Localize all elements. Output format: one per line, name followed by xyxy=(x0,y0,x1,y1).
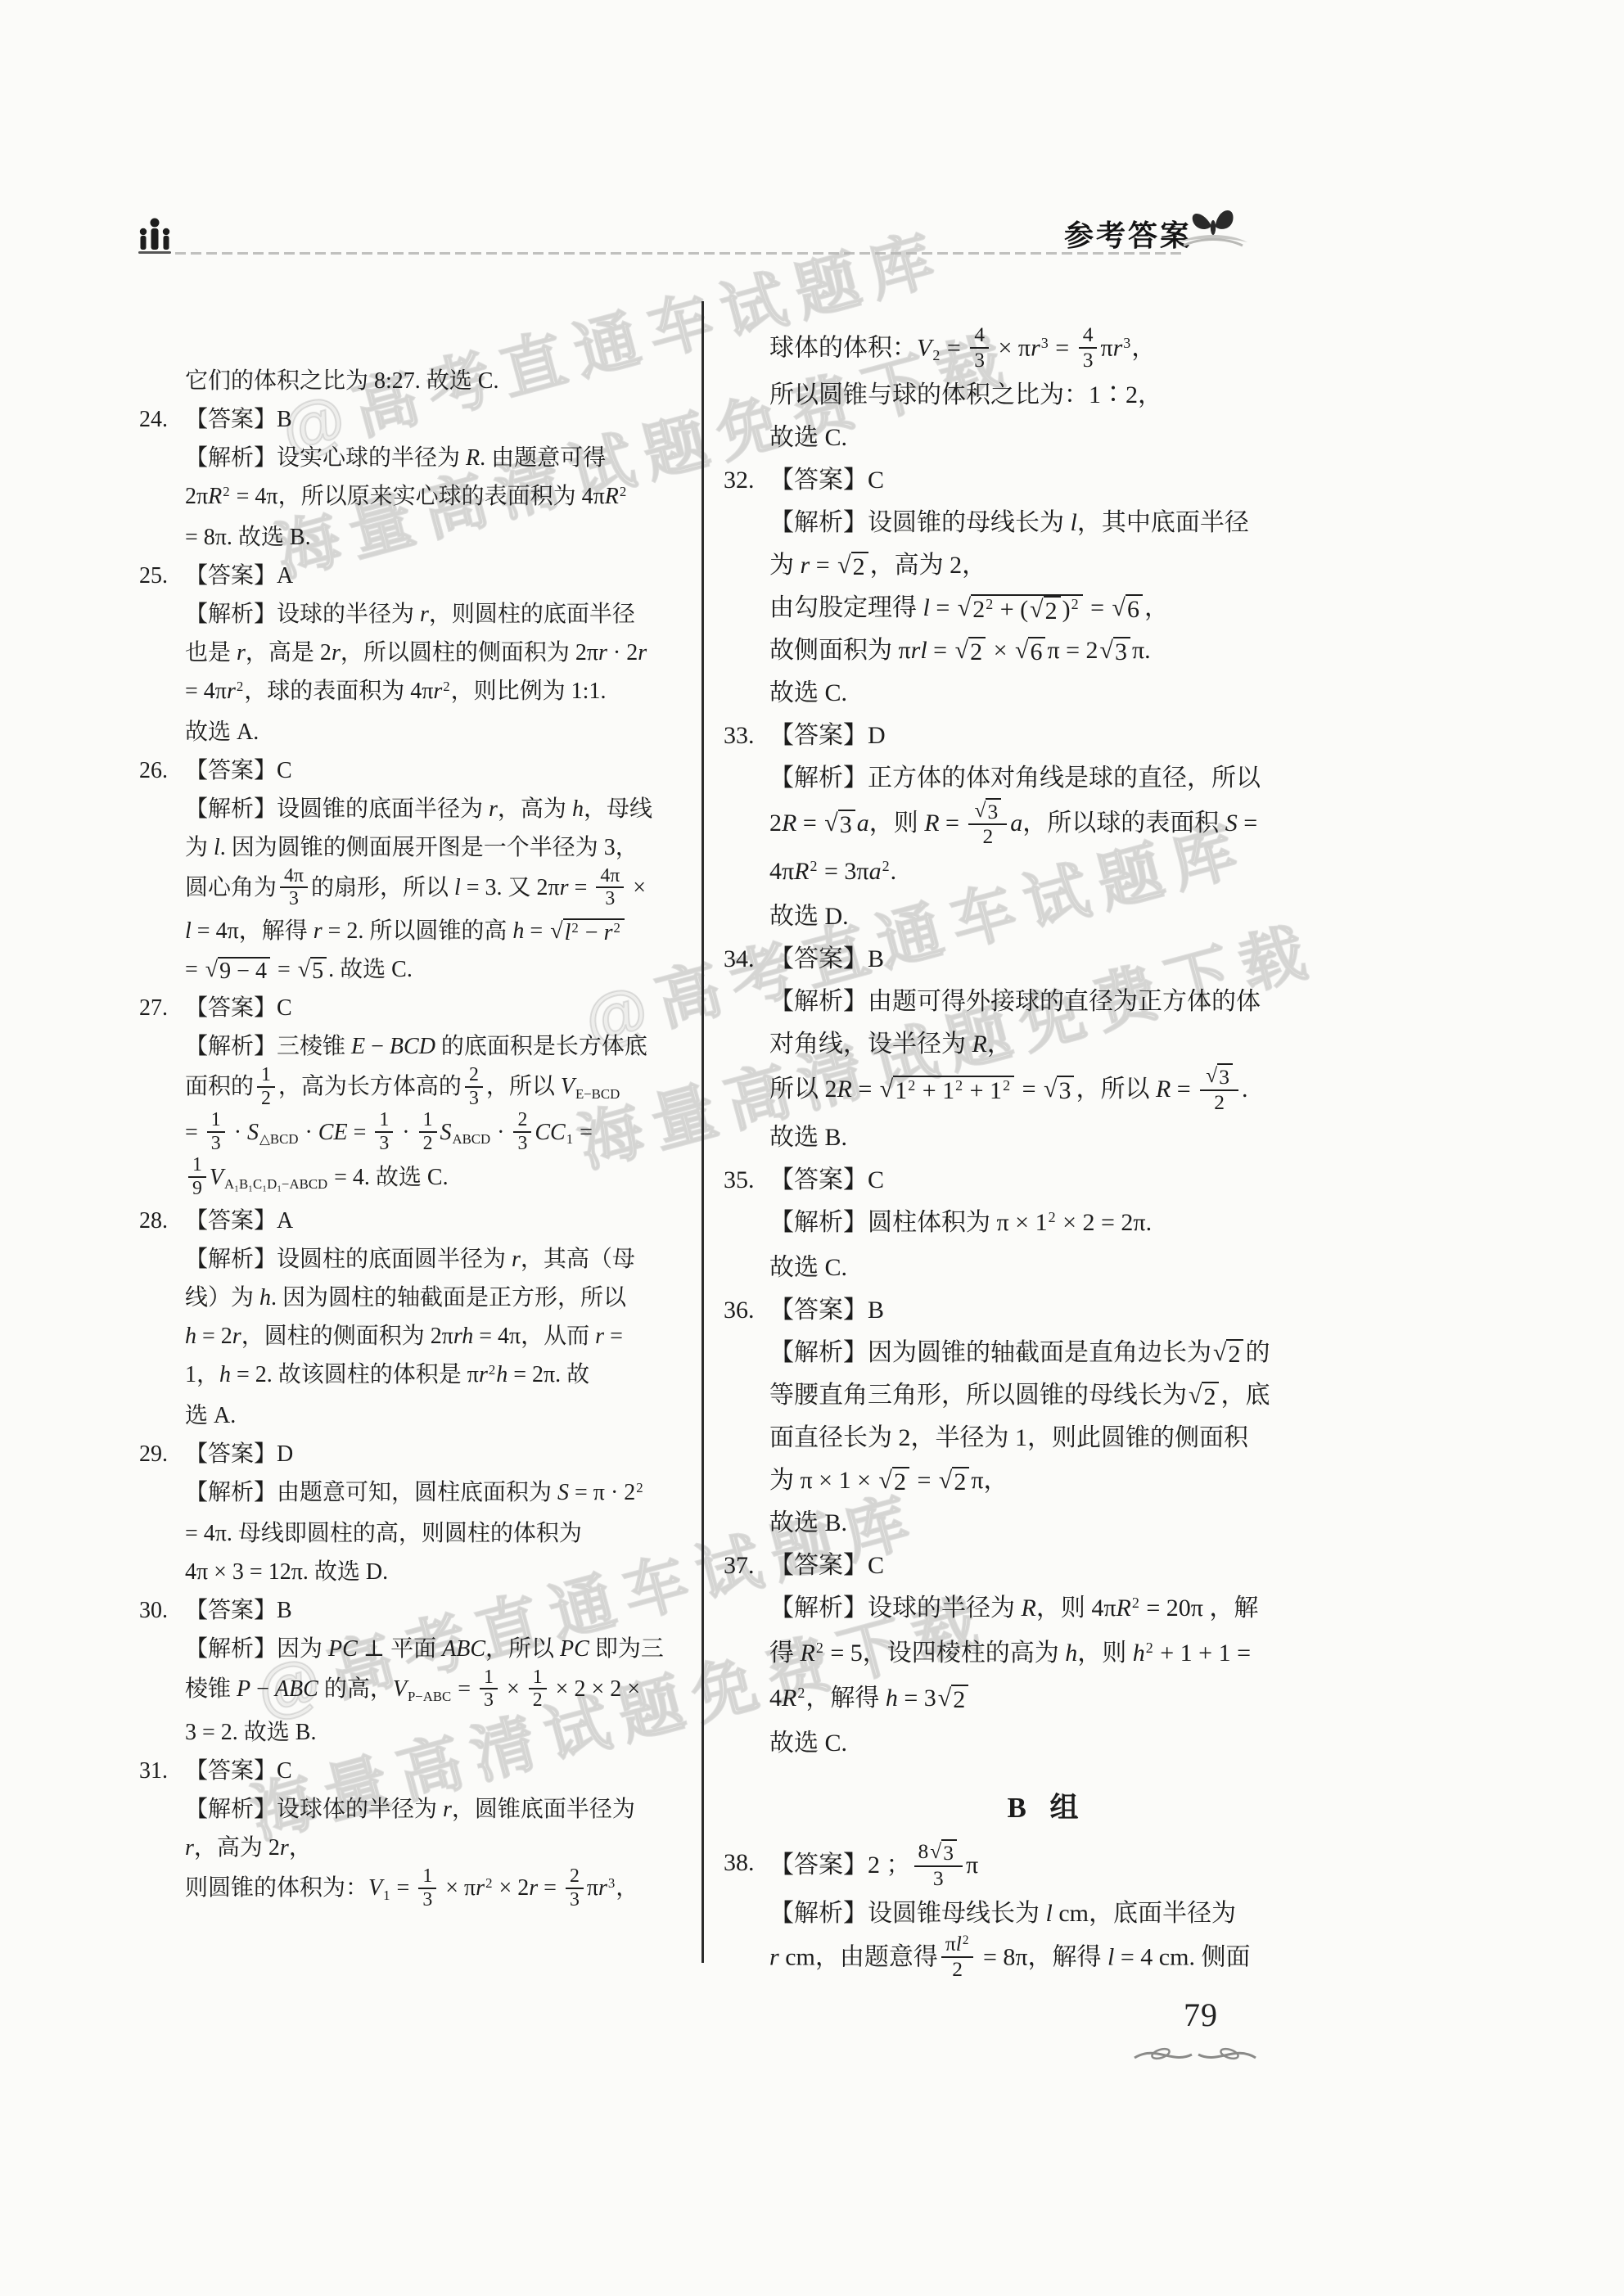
superscript: 2 xyxy=(613,920,620,936)
variable: r xyxy=(598,640,607,665)
radical: √3 xyxy=(1206,1063,1233,1089)
variable: l xyxy=(454,875,461,900)
variable: r xyxy=(232,1324,241,1349)
text-line: = 4π. 母线即圆柱的高，则圆柱的体积为 xyxy=(185,1514,712,1553)
superscript: 3 xyxy=(608,1875,615,1891)
text-line: 故选 B. xyxy=(769,1116,1468,1159)
radical: √9 − 4 xyxy=(205,957,270,985)
problem-number: 30. xyxy=(139,1591,185,1630)
text-line: 【解析】设球体的半径为 r，圆锥底面半径为 xyxy=(185,1790,712,1829)
fraction: 12 xyxy=(419,1109,437,1154)
text-line: 【解析】设圆柱的底面圆半径为 r，其高（母 xyxy=(185,1240,712,1279)
numerator: 2 xyxy=(465,1064,483,1086)
fraction: 43 xyxy=(970,323,989,372)
text-line: 2R = √3a，则 R = √32a，所以球的表面积 S = xyxy=(769,800,1468,850)
problem-number: 37. xyxy=(724,1545,769,1587)
radical-sign: √ xyxy=(930,1839,941,1863)
denominator: 2 xyxy=(1200,1089,1238,1115)
variable: S xyxy=(1225,810,1238,837)
answer-line: 【答案】C xyxy=(185,751,712,790)
variable: r xyxy=(560,875,569,900)
fraction: 13 xyxy=(375,1109,393,1154)
problem-body: 【答案】B【解析】由题可得外接球的直径为正方体的体对角线，设半径为 R，所以 2… xyxy=(769,938,1468,1159)
variable: V xyxy=(210,1165,223,1190)
radical: √2 xyxy=(1030,596,1060,626)
radical-sign: √ xyxy=(205,957,218,983)
variable: r xyxy=(433,679,442,704)
variable: h xyxy=(219,1362,231,1387)
text-line: 圆心角为4π3的扇形，所以 l = 3. 又 2πr = 4π3 × xyxy=(185,867,712,912)
variable: a xyxy=(857,810,869,837)
problem-number: 26. xyxy=(139,751,185,790)
radical-sign: √ xyxy=(878,1467,891,1495)
radicand: 22 + (√2)2 xyxy=(971,594,1082,626)
variable: r xyxy=(280,1835,289,1861)
radical-sign: √ xyxy=(958,594,971,623)
text-line: 【解析】设球的半径为 r，则圆柱的底面半径 xyxy=(185,595,712,634)
text-line: 得 R2 = 5，设四棱柱的高为 h，则 h2 + 1 + 1 = xyxy=(769,1632,1468,1677)
text-line: 所以 2R = √12 + 12 + 12 = √3，所以 R = √32. xyxy=(769,1066,1468,1116)
fraction: 4π3 xyxy=(280,865,308,910)
variable: r xyxy=(185,1835,194,1861)
text-line: l = 4π，解得 r = 2. 所以圆锥的高 h = √l2 − r2 xyxy=(185,912,712,950)
fraction: 23 xyxy=(513,1109,531,1154)
variable: r xyxy=(314,918,323,944)
denominator: 3 xyxy=(566,1888,584,1911)
variable: R xyxy=(1022,1595,1036,1622)
variable: S xyxy=(557,1480,569,1505)
carryover-block: 它们的体积之比为 8:27. 故选 C. xyxy=(139,362,712,400)
variable: R xyxy=(782,810,796,837)
radicand: l2 − r2 xyxy=(563,918,625,946)
text-line: 【解析】由题可得外接球的直径为正方体的体 xyxy=(769,981,1468,1023)
people-icon xyxy=(136,214,174,269)
text-line: 【解析】圆柱体积为 π × 12 × 2 = 2π. xyxy=(769,1202,1468,1247)
problem-item: 36.【答案】B【解析】因为圆锥的轴截面是直角边长为√2的等腰直角三角形，所以圆… xyxy=(724,1289,1468,1545)
numerator: √3 xyxy=(968,798,1007,823)
radicand: 2 xyxy=(968,637,986,667)
radicand: 2 xyxy=(951,1685,968,1715)
variable: h xyxy=(496,1362,508,1387)
radicand: 3 xyxy=(941,1839,957,1865)
text-line: 棱锥 P − ABC 的高，VP−ABC = 13 × 12 × 2 × 2 × xyxy=(185,1668,712,1713)
problem-number: 27. xyxy=(139,989,185,1027)
radical: √2 xyxy=(955,637,986,667)
fraction: 13 xyxy=(207,1109,225,1154)
radical: √6 xyxy=(1015,637,1045,667)
radical: √2 xyxy=(837,552,868,582)
numerator: 4π xyxy=(596,865,624,887)
variable: R xyxy=(466,445,480,471)
problem-body: 【答案】C【解析】设球的半径为 R，则 4πR2 = 20π ，解得 R2 = … xyxy=(769,1545,1468,1765)
variable: r xyxy=(604,920,613,945)
problem-body: 【答案】A【解析】设圆柱的底面圆半径为 r，其高（母线）为 h. 因为圆柱的轴截… xyxy=(185,1202,712,1435)
text-line: 故选 C. xyxy=(769,1722,1468,1765)
text-line: 故选 C. xyxy=(769,672,1468,715)
text-line: h = 2r，圆柱的侧面积为 2πrh = 4π，从而 r = xyxy=(185,1317,712,1355)
text-line: 也是 r，高是 2r，所以圆柱的侧面积为 2πr · 2r xyxy=(185,634,712,672)
problem-number: 35. xyxy=(724,1159,769,1202)
problem-number: 36. xyxy=(724,1289,769,1332)
text-line: 【解析】因为 PC ⊥ 平面 ABC，所以 PC 即为三 xyxy=(185,1630,712,1668)
answer-line: 【答案】B xyxy=(769,938,1468,981)
text-line: 故选 B. xyxy=(769,1502,1468,1545)
fraction: 23 xyxy=(465,1064,483,1109)
radical-sign: √ xyxy=(824,810,837,838)
variable: a xyxy=(869,858,882,885)
radical-sign: √ xyxy=(938,1685,951,1713)
text-line: 故选 D. xyxy=(769,895,1468,938)
radical-sign: √ xyxy=(298,957,310,983)
problem-item: 31.【答案】C【解析】设球体的半径为 r，圆锥底面半径为r，高为 2r，则圆锥… xyxy=(139,1752,712,1912)
superscript: 2 xyxy=(571,920,578,936)
variable: r xyxy=(638,640,647,665)
denominator: 3 xyxy=(513,1131,531,1155)
problem-item: 29.【答案】D【解析】由题意可知，圆柱底面积为 S = π · 22= 4π.… xyxy=(139,1435,712,1591)
radicand: 2 xyxy=(1226,1339,1243,1369)
problem-item: 33.【答案】D【解析】正方体的体对角线是球的直径，所以2R = √3a，则 R… xyxy=(724,715,1468,938)
variable: R xyxy=(1116,1595,1130,1622)
numerator: √3 xyxy=(1200,1063,1238,1089)
carryover-block: 球体的体积：V2 = 43 × πr3 = 43πr3，所以圆锥与球的体积之比为… xyxy=(724,326,1468,459)
answer-line: 【答案】C xyxy=(769,1545,1468,1587)
radical: √12 + 12 + 12 xyxy=(880,1076,1014,1106)
text-line: 则圆锥的体积为：V1 = 13 × πr2 × 2r = 23πr3， xyxy=(185,1867,712,1912)
numerator: 2 xyxy=(513,1109,531,1131)
numerator: 4 xyxy=(1079,323,1098,347)
variable: V xyxy=(561,1074,575,1099)
variable: E xyxy=(351,1034,365,1059)
problem-list-left: 24.【答案】B【解析】设实心球的半径为 R. 由题意可得2πR2 = 4π，所… xyxy=(139,400,712,1913)
superscript: 2 xyxy=(1146,1640,1153,1656)
denominator: 3 xyxy=(1079,347,1098,372)
superscript: 2 xyxy=(223,484,229,499)
carryover-text: 它们的体积之比为 8:27. 故选 C. xyxy=(139,362,712,400)
problem-body: 【答案】C【解析】设圆锥的母线长为 l，其中底面半径为 r = √2，高为 2，… xyxy=(769,459,1468,715)
variable: h xyxy=(1133,1640,1145,1667)
radical: √3 xyxy=(930,1839,957,1865)
text-line: 【解析】设实心球的半径为 R. 由题意可得 xyxy=(185,439,712,477)
text-line: = 8π. 故选 B. xyxy=(185,518,712,557)
problem-number: 32. xyxy=(724,459,769,502)
text-line: 线）为 h. 因为圆柱的轴截面是正方形，所以 xyxy=(185,1279,712,1317)
text-line: 2πR2 = 4π，所以原来实心球的表面积为 4πR2 xyxy=(185,477,712,518)
variable: R xyxy=(1156,1076,1171,1103)
radical-sign: √ xyxy=(939,1467,952,1495)
denominator: 3 xyxy=(480,1688,498,1712)
text-line: 1，h = 2. 故该圆柱的体积是 πr2h = 2π. 故 xyxy=(185,1355,712,1396)
radical: √2 xyxy=(1189,1382,1219,1412)
header-rule xyxy=(175,252,1184,255)
text-line: 选 A. xyxy=(185,1396,712,1435)
superscript: 2 xyxy=(986,596,993,612)
fraction: 13 xyxy=(480,1667,498,1712)
text-line: 等腰直角三角形，所以圆锥的母线长为√2，底 xyxy=(769,1374,1468,1417)
variable: r xyxy=(1031,334,1040,361)
superscript: 3 xyxy=(1041,335,1049,351)
subscript: 2 xyxy=(932,347,940,363)
problem-number: 25. xyxy=(139,557,185,595)
subscript: △BCD xyxy=(259,1131,298,1147)
text-line: 【解析】设圆锥的底面半径为 r，高为 h，母线 xyxy=(185,790,712,828)
variable: r xyxy=(476,1875,485,1901)
problem-item: 34.【答案】B【解析】由题可得外接球的直径为正方体的体对角线，设半径为 R，所… xyxy=(724,938,1468,1159)
superscript: 2 xyxy=(908,1077,915,1094)
answer-line: 【答案】A xyxy=(185,1202,712,1240)
radical-sign: √ xyxy=(1189,1382,1202,1410)
variable: R xyxy=(801,1640,815,1667)
variable: R xyxy=(208,484,222,509)
radicand: 3 xyxy=(838,810,855,840)
problem-number: 34. xyxy=(724,938,769,981)
radical-sign: √ xyxy=(955,637,968,665)
problem-item: 25.【答案】A【解析】设球的半径为 r，则圆柱的底面半径也是 r，高是 2r，… xyxy=(139,557,712,751)
carryover-body: 球体的体积：V2 = 43 × πr3 = 43πr3，所以圆锥与球的体积之比为… xyxy=(769,326,1468,459)
radicand: 3 xyxy=(986,798,1001,823)
text-line: 对角线，设半径为 R， xyxy=(769,1023,1468,1066)
superscript: 2 xyxy=(1132,1595,1139,1611)
superscript: 2 xyxy=(237,679,243,694)
variable: R xyxy=(794,858,809,885)
text-line: 为 π × 1 × √2 = √2π， xyxy=(769,1459,1468,1502)
radical-sign: √ xyxy=(1100,637,1113,665)
numerator: πl2 xyxy=(941,1933,974,1956)
radicand: 3 xyxy=(1057,1076,1074,1106)
denominator: 3 xyxy=(970,347,989,372)
numerator: 4 xyxy=(970,323,989,347)
radical: √5 xyxy=(298,957,327,985)
variable: R xyxy=(837,1076,852,1103)
fraction: 8√33 xyxy=(914,1839,963,1890)
denominator: 2 xyxy=(419,1131,437,1155)
numerator: 2 xyxy=(566,1865,584,1888)
problem-number: 38. xyxy=(724,1842,769,1884)
subscript: P−ABC xyxy=(408,1689,451,1704)
subscript: E−BCD xyxy=(575,1086,620,1102)
problem-item: 38.【答案】2 ；8√33π【解析】设圆锥母线长为 l cm，底面半径为r c… xyxy=(724,1842,1468,1983)
superscript: 2 xyxy=(1049,1209,1056,1225)
radicand: 2 xyxy=(1044,596,1061,626)
variable: l xyxy=(214,835,220,860)
denominator: 2 xyxy=(941,1956,974,1982)
denominator: 2 xyxy=(529,1688,547,1712)
superscript: 2 xyxy=(797,1685,805,1701)
problem-item: 30.【答案】B【解析】因为 PC ⊥ 平面 ABC，所以 PC 即为三棱锥 P… xyxy=(139,1591,712,1752)
superscript: 2 xyxy=(882,858,890,874)
variable: r xyxy=(443,1797,452,1822)
problem-item: 28.【答案】A【解析】设圆柱的底面圆半径为 r，其高（母线）为 h. 因为圆柱… xyxy=(139,1202,712,1435)
text-line: r，高为 2r， xyxy=(185,1829,712,1867)
text-line: 面直径长为 2，半径为 1，则此圆锥的侧面积 xyxy=(769,1417,1468,1459)
text-line: = 13 · S△BCD · CE = 13 · 12SABCD · 23CC1… xyxy=(185,1112,712,1157)
radicand: 3 xyxy=(1113,637,1130,667)
radical: √3 xyxy=(1100,637,1130,667)
problem-body: 【答案】B【解析】设实心球的半径为 R. 由题意可得2πR2 = 4π，所以原来… xyxy=(185,400,712,557)
variable: V xyxy=(917,334,932,361)
numerator: 4π xyxy=(280,865,308,887)
text-line: 为 r = √2，高为 2， xyxy=(769,544,1468,587)
variable: PC xyxy=(560,1636,589,1662)
variable: R xyxy=(782,1685,796,1712)
variable: S xyxy=(440,1120,452,1145)
text-line: 所以圆锥与球的体积之比为：1∶2， xyxy=(769,374,1468,417)
variable: r xyxy=(227,679,236,704)
superscript: 2 xyxy=(816,1640,823,1656)
radical: √3 xyxy=(824,810,855,840)
radicand: 9 − 4 xyxy=(218,957,270,985)
superscript: 2 xyxy=(636,1480,643,1495)
left-column: 它们的体积之比为 8:27. 故选 C. 24.【答案】B【解析】设实心球的半径… xyxy=(139,362,712,1913)
radical-sign: √ xyxy=(1015,637,1028,665)
fraction: √32 xyxy=(968,798,1007,849)
superscript: 3 xyxy=(1123,335,1130,351)
denominator: 2 xyxy=(968,823,1007,849)
denominator: 3 xyxy=(914,1865,963,1891)
open-book-butterfly-icon xyxy=(1172,195,1254,263)
variable: CC xyxy=(535,1120,565,1145)
fraction: 23 xyxy=(566,1865,584,1910)
variable: l xyxy=(1107,1943,1114,1970)
problem-number: 31. xyxy=(139,1752,185,1790)
text-line: 由勾股定理得 l = √22 + (√2)2 = √6， xyxy=(769,587,1468,629)
superscript: 2 xyxy=(1003,1077,1010,1094)
fraction: 13 xyxy=(418,1865,436,1910)
radical-sign: √ xyxy=(1030,596,1043,625)
radicand: 2 xyxy=(851,552,868,582)
radical: √2 xyxy=(938,1685,968,1715)
variable: CE xyxy=(318,1120,348,1145)
problem-number: 24. xyxy=(139,400,185,439)
text-line: 【解析】因为圆锥的轴截面是直角边长为√2的 xyxy=(769,1332,1468,1374)
variable: l xyxy=(565,920,571,945)
variable: r xyxy=(489,796,498,822)
numerator: 1 xyxy=(529,1667,547,1689)
variable: P xyxy=(237,1676,250,1702)
text-line: 3 = 2. 故选 B. xyxy=(185,1713,712,1752)
variable: r xyxy=(598,1875,607,1901)
radical-sign: √ xyxy=(550,918,562,945)
fraction: πl22 xyxy=(941,1933,974,1981)
variable: S xyxy=(247,1120,259,1145)
text-line: 故侧面积为 πrl = √2 × √6π = 2√3π. xyxy=(769,629,1468,672)
radicand: 2 xyxy=(1202,1382,1219,1412)
variable: V xyxy=(393,1676,407,1702)
radical: √22 + (√2)2 xyxy=(958,594,1083,626)
answer-line: 【答案】B xyxy=(185,400,712,439)
problem-body: 【答案】2 ；8√33π【解析】设圆锥母线长为 l cm，底面半径为r cm，由… xyxy=(769,1842,1468,1983)
superscript: 2 xyxy=(489,1362,495,1378)
text-line: 故选 C. xyxy=(769,417,1468,459)
answer-key-page: @高考直通车试题库 海量高清试题免费下载 @高考直通车试题库 海量高清试题免费下… xyxy=(0,0,1624,2296)
radicand: 2 xyxy=(952,1467,969,1497)
problem-item: 24.【答案】B【解析】设实心球的半径为 R. 由题意可得2πR2 = 4π，所… xyxy=(139,400,712,557)
denominator: 3 xyxy=(280,886,308,910)
radical: √2 xyxy=(878,1467,909,1497)
text-line: = √9 − 4 = √5. 故选 C. xyxy=(185,950,712,989)
text-line: 【解析】设球的半径为 R，则 4πR2 = 20π ，解 xyxy=(769,1587,1468,1632)
answer-line: 【答案】C xyxy=(769,459,1468,502)
answer-line: 【答案】C xyxy=(185,1752,712,1790)
radical: √6 xyxy=(1112,594,1143,625)
superscript: 2 xyxy=(620,484,626,499)
problem-item: 27.【答案】C【解析】三棱锥 E − BCD 的底面积是长方体底面积的12，高… xyxy=(139,989,712,1202)
radical: √3 xyxy=(974,798,1001,823)
variable: l xyxy=(1071,509,1077,536)
numerator: 1 xyxy=(257,1064,275,1086)
variable: h xyxy=(572,796,584,822)
superscript: 2 xyxy=(1071,596,1079,612)
fraction: 43 xyxy=(1079,323,1098,372)
denominator: 3 xyxy=(207,1131,225,1155)
variable: r xyxy=(529,1875,538,1901)
variable: ABC xyxy=(442,1636,485,1662)
variable: r xyxy=(595,1324,604,1349)
variable: rh xyxy=(453,1324,473,1349)
text-line: 【解析】三棱锥 E − BCD 的底面积是长方体底 xyxy=(185,1027,712,1066)
subscript: ABCD xyxy=(453,1131,491,1147)
numerator: 1 xyxy=(188,1154,206,1176)
radical-sign: √ xyxy=(1213,1339,1226,1368)
radical: √l2 − r2 xyxy=(550,918,625,946)
text-line: 【解析】正方体的体对角线是球的直径，所以 xyxy=(769,757,1468,800)
problem-item: 35.【答案】C【解析】圆柱体积为 π × 12 × 2 = 2π.故选 C. xyxy=(724,1159,1468,1289)
text-line: 故选 C. xyxy=(769,1247,1468,1289)
variable: h xyxy=(512,918,524,944)
carryover-body: 它们的体积之比为 8:27. 故选 C. xyxy=(185,362,712,400)
fraction: 12 xyxy=(529,1667,547,1712)
text-line: 球体的体积：V2 = 43 × πr3 = 43πr3， xyxy=(769,326,1468,374)
radical: √2 xyxy=(939,1467,969,1497)
section-b-heading: B 组 xyxy=(724,1780,1370,1837)
variable: h xyxy=(259,1285,271,1310)
problem-number: 28. xyxy=(139,1202,185,1240)
carryover-text: 球体的体积：V2 = 43 × πr3 = 43πr3，所以圆锥与球的体积之比为… xyxy=(724,326,1468,459)
text-line: r cm，由题意得πl22 = 8π，解得 l = 4 cm. 侧面 xyxy=(769,1935,1468,1983)
fraction: 12 xyxy=(257,1064,275,1109)
superscript: 2 xyxy=(810,858,817,874)
subscript: 1 xyxy=(383,1888,390,1903)
variable: r xyxy=(801,552,810,579)
numerator: 1 xyxy=(207,1109,225,1131)
text-line: 19VA₁B₁C₁D₁−ABCD = 4. 故选 C. xyxy=(185,1157,712,1202)
variable: PC xyxy=(328,1636,358,1662)
answer-line: 【答案】C xyxy=(769,1159,1468,1202)
denominator: 9 xyxy=(188,1176,206,1200)
denominator: 3 xyxy=(596,886,624,910)
answer-line: 【答案】A xyxy=(185,557,712,595)
variable: l xyxy=(1046,1900,1053,1927)
superscript: 2 xyxy=(955,1077,963,1094)
variable: r xyxy=(332,640,341,665)
radical-sign: √ xyxy=(974,798,986,822)
subscript: A₁B₁C₁D₁−ABCD xyxy=(224,1176,327,1192)
text-line: 面积的12，高为长方体高的23，所以 VE−BCD xyxy=(185,1066,712,1111)
numerator: 1 xyxy=(419,1109,437,1131)
text-line: = 4πr2，球的表面积为 4πr2，则比例为 1:1. xyxy=(185,672,712,713)
radicand: 3 xyxy=(1217,1063,1233,1089)
problem-number: 33. xyxy=(724,715,769,757)
variable: rl xyxy=(911,637,927,664)
problem-item: 32.【答案】C【解析】设圆锥的母线长为 l，其中底面半径为 r = √2，高为… xyxy=(724,459,1468,715)
superscript: 2 xyxy=(443,679,449,694)
numerator: 8√3 xyxy=(914,1839,963,1865)
denominator: 3 xyxy=(418,1888,436,1911)
radicand: 6 xyxy=(1028,637,1045,667)
flourish-icon xyxy=(1130,2040,1261,2073)
problem-body: 【答案】C【解析】三棱锥 E − BCD 的底面积是长方体底面积的12，高为长方… xyxy=(185,989,712,1202)
problem-body: 【答案】D【解析】由题意可知，圆柱底面积为 S = π · 22= 4π. 母线… xyxy=(185,1435,712,1591)
right-column: 球体的体积：V2 = 43 × πr3 = 43πr3，所以圆锥与球的体积之比为… xyxy=(724,326,1468,1983)
